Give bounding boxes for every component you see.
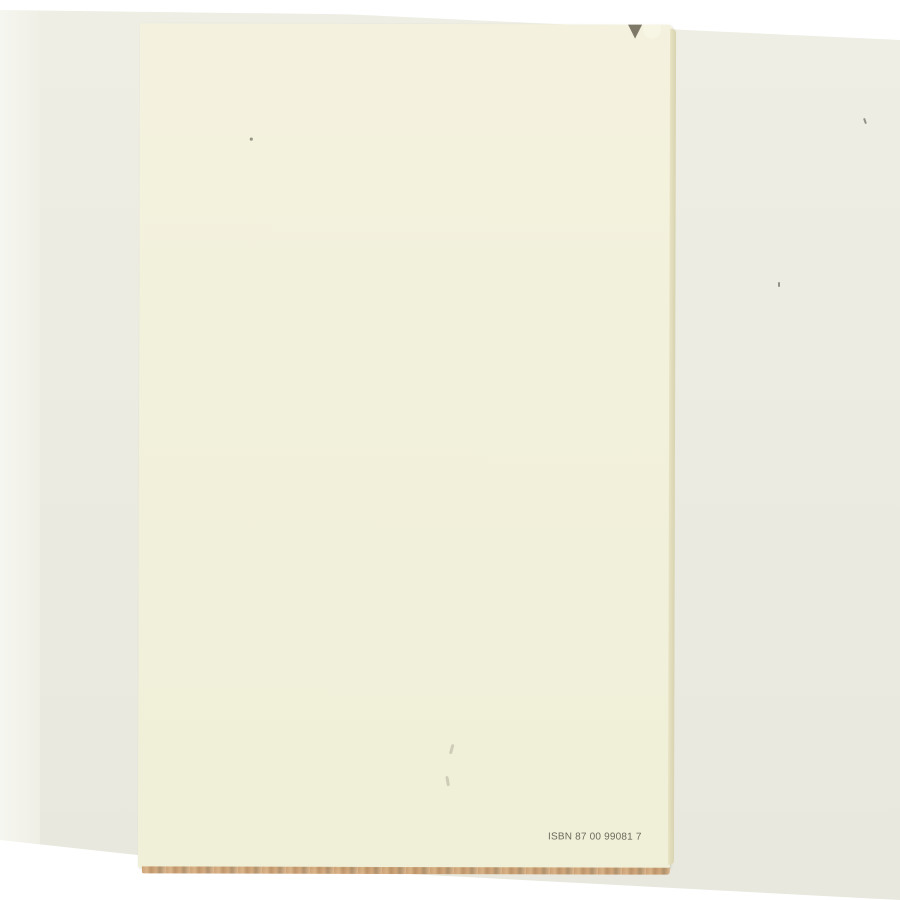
photo-scene: ISBN 87 00 99081 7	[0, 0, 900, 900]
backdrop-left-edge	[0, 0, 40, 900]
book-back-cover: ISBN 87 00 99081 7	[138, 23, 672, 868]
cover-tear-notch	[628, 25, 642, 39]
cover-smudge	[449, 744, 455, 754]
book-page-edges	[142, 866, 670, 874]
cover-tear-highlight	[643, 25, 661, 39]
dust-speck	[778, 282, 780, 287]
cover-smudge	[445, 776, 450, 786]
cover-speck	[250, 138, 253, 141]
isbn-label: ISBN 87 00 99081 7	[548, 831, 642, 842]
